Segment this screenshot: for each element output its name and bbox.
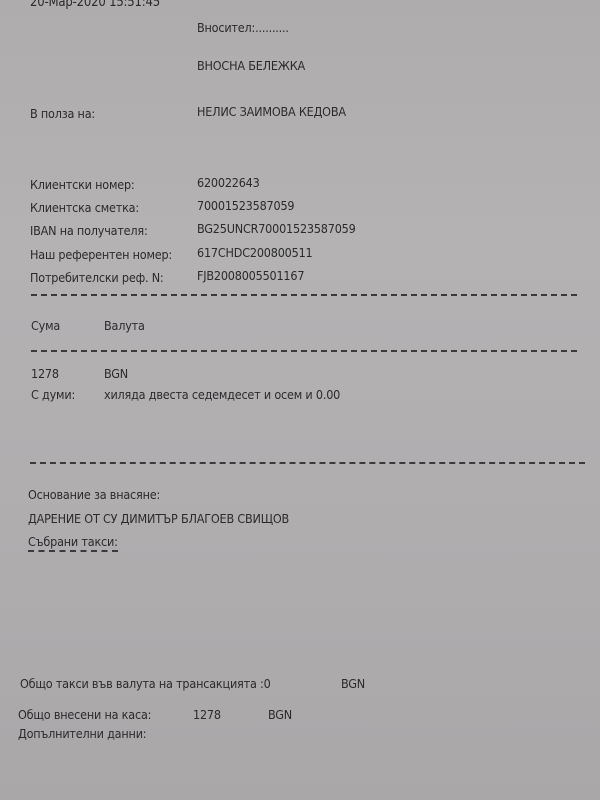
divider (31, 294, 577, 296)
depositor-label: Вносител:.......... (197, 20, 289, 35)
total-fees-currency: BGN (341, 676, 365, 691)
document-title: ВНОСНА БЕЛЕЖКА (197, 58, 305, 73)
beneficiary-label: В полза на: (30, 106, 95, 121)
total-deposited-amount: 1278 (193, 707, 221, 722)
amount-value: 1278 (31, 366, 59, 381)
reason-label: Основание за внасяне: (28, 487, 160, 502)
divider (31, 350, 577, 352)
our-reference-value: 617CHDC200800511 (197, 245, 312, 260)
customer-reference-label: Потребителски реф. N: (30, 270, 164, 285)
iban-label: IBAN на получателя: (30, 223, 148, 238)
client-number-value: 620022643 (197, 175, 260, 190)
additional-data-label: Допълнителни данни: (18, 726, 146, 741)
currency-header: Валута (104, 318, 145, 333)
timestamp: 20-Мар-2020 15:51:45 (30, 0, 160, 10)
fees-collected-label: Събрани такси: (28, 534, 118, 552)
iban-value: BG25UNCR70001523587059 (197, 221, 356, 236)
divider (30, 462, 585, 464)
total-deposited-currency: BGN (268, 707, 292, 722)
in-words-label: С думи: (31, 387, 75, 402)
amount-header: Сума (31, 318, 60, 333)
beneficiary-value: НЕЛИС ЗАИМОВА КЕДОВА (197, 104, 346, 119)
currency-value: BGN (104, 366, 128, 381)
in-words-value: хиляда двеста седемдесет и осем и 0.00 (104, 387, 340, 402)
client-account-label: Клиентска сметка: (30, 200, 139, 215)
our-reference-label: Наш референтен номер: (30, 247, 172, 262)
total-fees-label: Общо такси във валута на трансакцията :0 (20, 676, 271, 691)
reason-value: ДАРЕНИЕ ОТ СУ ДИМИТЪР БЛАГОЕВ СВИЩОВ (28, 511, 289, 526)
total-deposited-label: Общо внесени на каса: (18, 707, 151, 722)
customer-reference-value: FJB2008005501167 (197, 268, 304, 283)
client-account-value: 70001523587059 (197, 198, 294, 213)
client-number-label: Клиентски номер: (30, 177, 135, 192)
